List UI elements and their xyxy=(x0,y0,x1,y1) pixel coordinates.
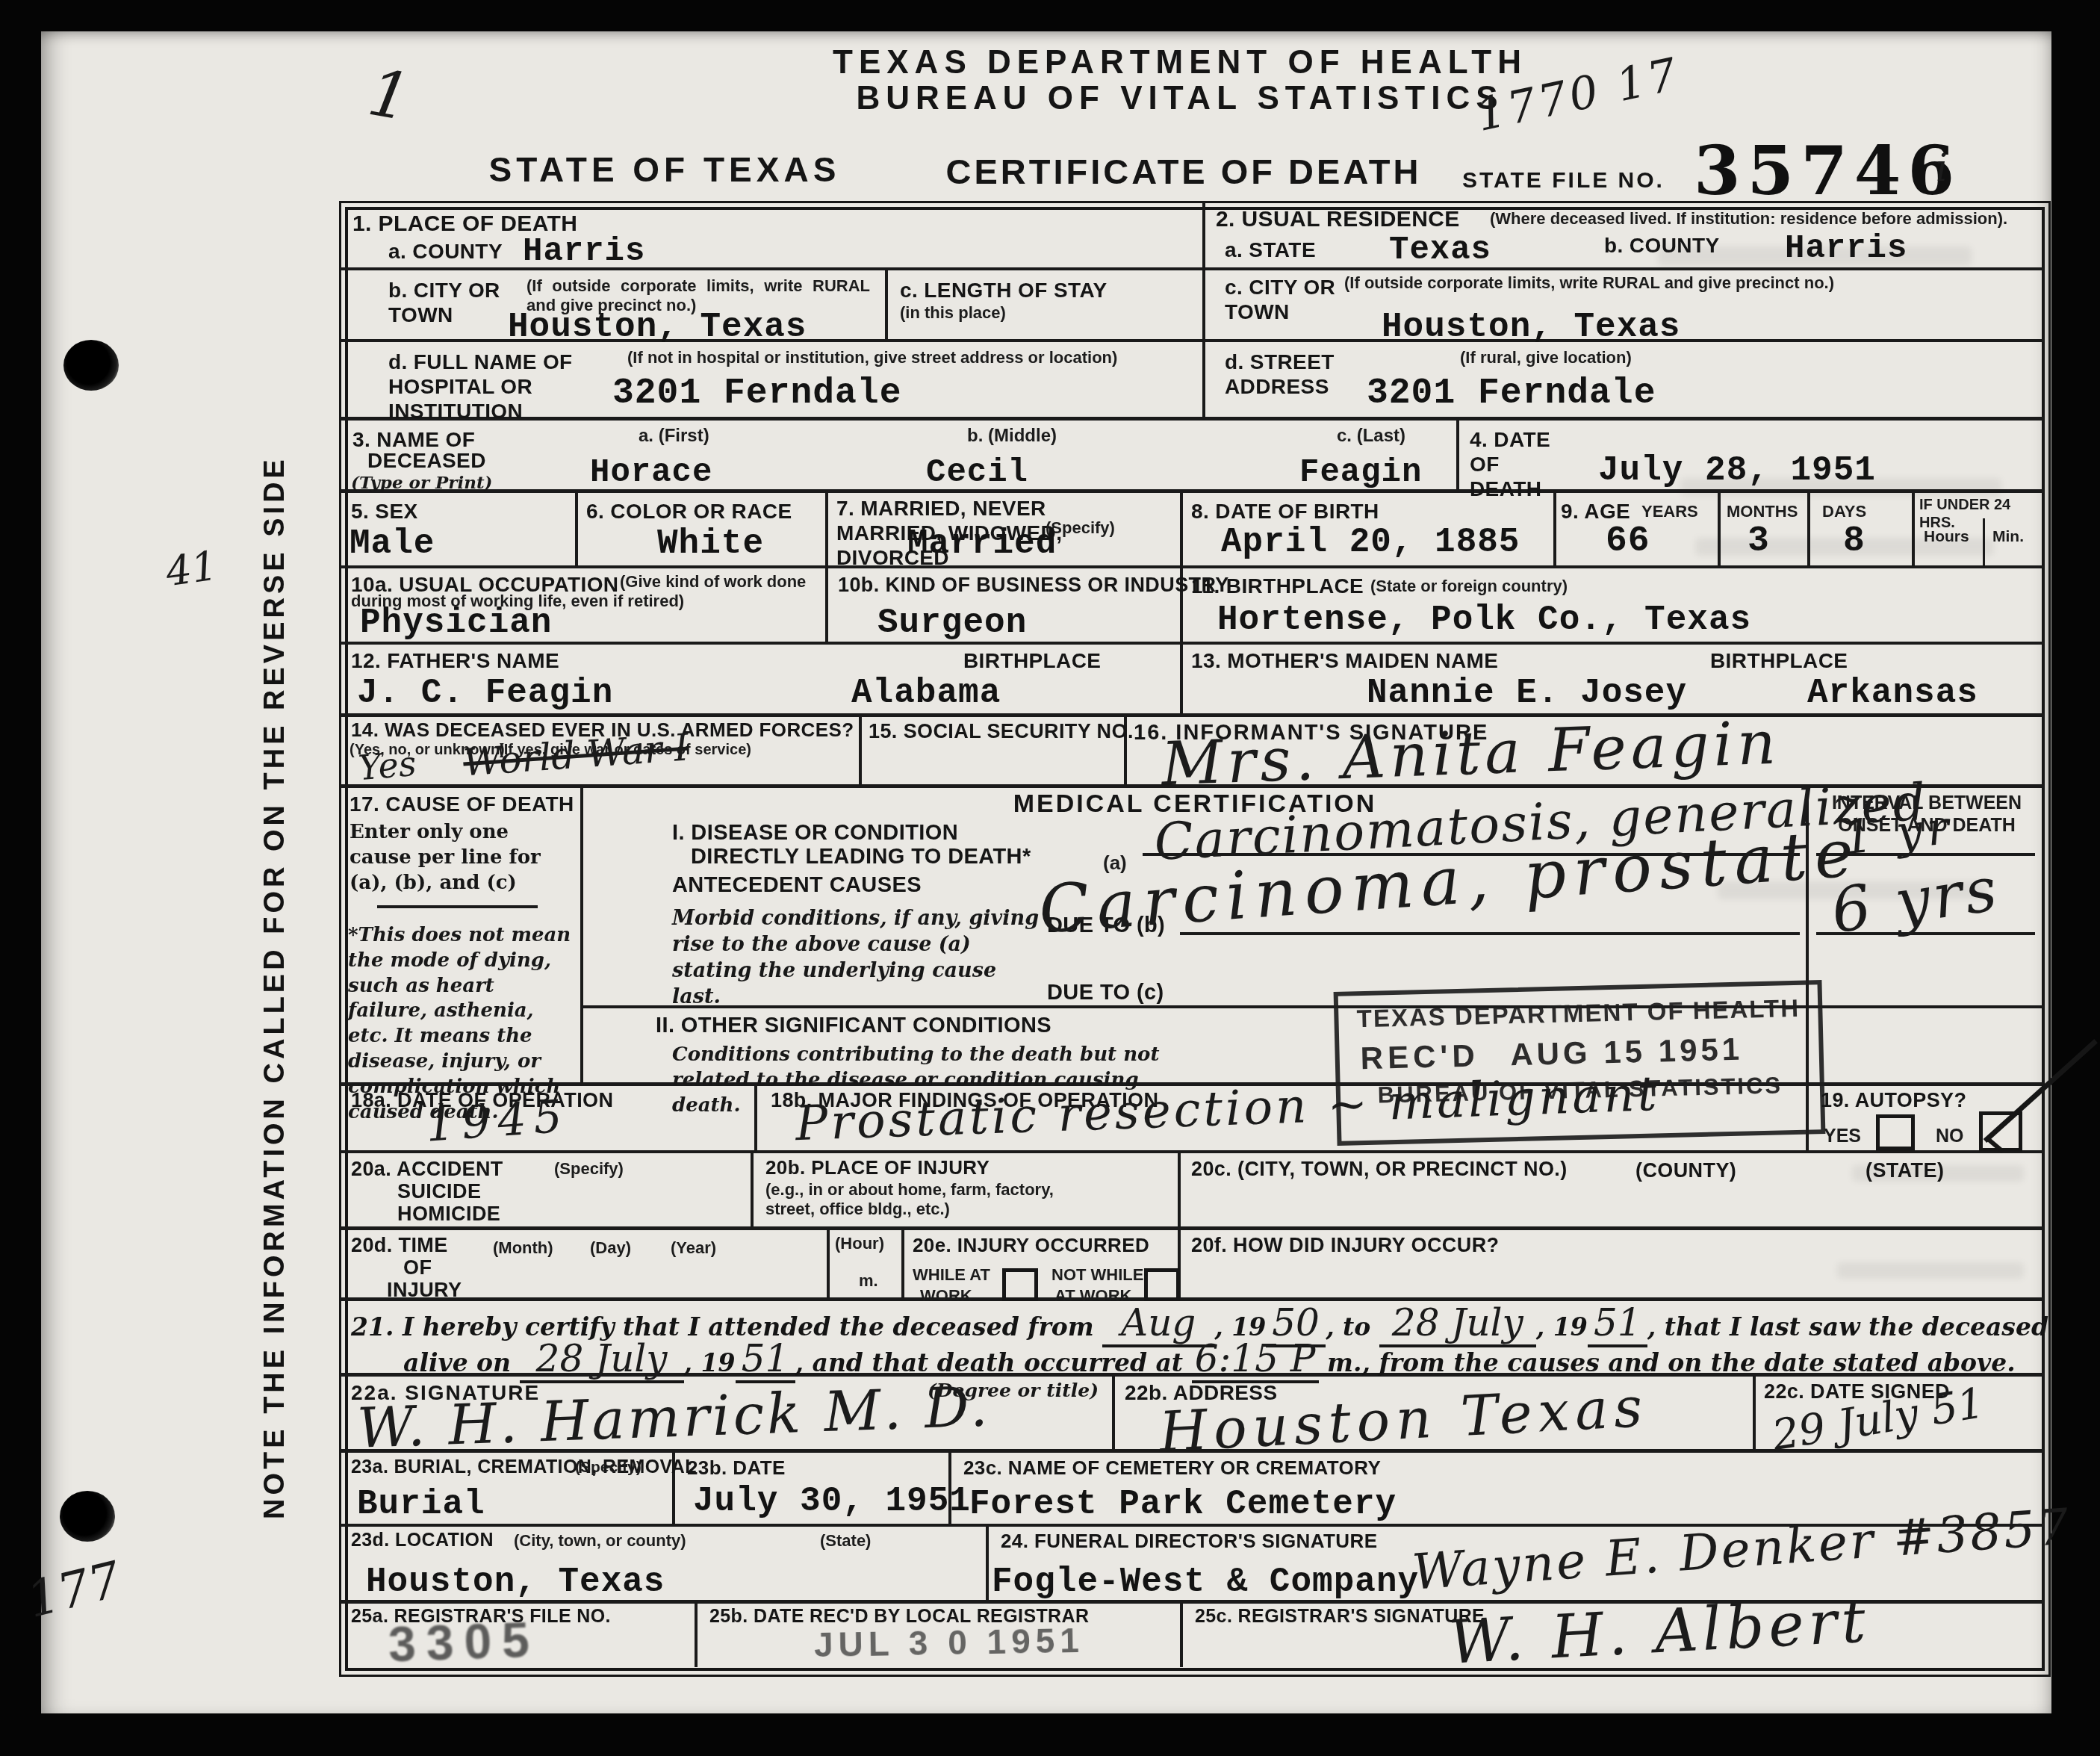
s3a-first-name: Horace xyxy=(590,454,712,491)
s23b-date-value: July 30, 1951 xyxy=(693,1482,971,1521)
s20b-note: (e.g., in or about home, farm, factory, … xyxy=(765,1180,1094,1220)
s20d-hour-label: (Hour) xyxy=(835,1234,884,1253)
s9-hours-label: Hours xyxy=(1924,527,1969,546)
s20a-line2: SUICIDE xyxy=(397,1180,481,1204)
rule xyxy=(901,1228,904,1298)
s1a-county-value: Harris xyxy=(523,233,645,270)
s20d-m-label: m. xyxy=(859,1271,878,1291)
certify-statement-line2: alive on 28 July , 19 51 , and that deat… xyxy=(403,1337,2016,1383)
stamp-recd: REC'D xyxy=(1360,1037,1479,1076)
certify-text: m., from the causes and on the date stat… xyxy=(1319,1348,2016,1377)
s20c-county-label: (COUNTY) xyxy=(1635,1159,1736,1183)
s11-birthplace-value: Hortense, Polk Co., Texas xyxy=(1217,601,1751,639)
s12-father-birthplace-value: Alabama xyxy=(851,674,1001,713)
s1d-institution-value: 3201 Ferndale xyxy=(612,373,901,414)
rule xyxy=(340,713,2044,717)
s17-p1b-label: DIRECTLY LEADING TO DEATH* xyxy=(691,844,1031,869)
s20b-label: 20b. PLACE OF INJURY xyxy=(765,1156,990,1179)
s9-under24-label: IF UNDER 24 HRS. xyxy=(1919,496,2040,532)
handwritten-mark: i xyxy=(1936,146,1948,190)
s5-label: 5. SEX xyxy=(351,499,418,524)
date-received-stamp-value: JUL 3 0 1951 xyxy=(814,1620,1085,1665)
s1d-note: (If not in hospital or institution, give… xyxy=(627,348,1195,367)
s20d-line2: OF xyxy=(403,1256,432,1280)
header-dept-line2: BUREAU OF VITAL STATISTICS xyxy=(821,79,1538,118)
s6-label: 6. COLOR OR RACE xyxy=(586,499,792,524)
s11-label: 11. BIRTHPLACE xyxy=(1191,574,1364,598)
rule xyxy=(1718,491,1721,567)
stamp-line1: TEXAS DEPARTMENT OF HEALTH xyxy=(1338,993,1818,1034)
autopsy-no-checkbox xyxy=(1979,1111,2022,1152)
s23c-label: 23c. NAME OF CEMETERY OR CREMATORY xyxy=(963,1456,1381,1480)
cause-b-underline xyxy=(1180,932,1800,935)
s17-p1a-label: I. DISEASE OR CONDITION xyxy=(672,820,958,846)
s9-age-years-value: 66 xyxy=(1606,521,1650,562)
s13-mother-birthplace-value: Arkansas xyxy=(1807,674,1978,713)
s1c-label: c. LENGTH OF STAY xyxy=(900,278,1139,303)
s2c-note: (If outside corporate limits, write RURA… xyxy=(1344,273,1986,293)
rule xyxy=(885,269,888,341)
header-certificate-title: CERTIFICATE OF DEATH xyxy=(889,151,1479,192)
header-dept-line1: TEXAS DEPARTMENT OF HEALTH xyxy=(821,43,1538,82)
s10a-occupation-value: Physician xyxy=(360,604,552,642)
s10b-industry-value: Surgeon xyxy=(877,604,1027,642)
s25c-label: 25c. REGISTRAR'S SIGNATURE xyxy=(1195,1606,1485,1628)
s8-birth-date-value: April 20, 1885 xyxy=(1221,523,1520,562)
s4-label: 4. DATE OF DEATH xyxy=(1470,427,1567,501)
rule xyxy=(695,1601,698,1667)
s24-label: 24. FUNERAL DIRECTOR'S SIGNATURE xyxy=(1001,1530,1377,1553)
margin-note-vertical: NOTE THE INFORMATION CALLED FOR ON THE R… xyxy=(259,434,298,1541)
s20e-while-label1: WHILE AT xyxy=(913,1265,990,1285)
rule xyxy=(340,1150,2044,1153)
s20d-line1: 20d. TIME xyxy=(351,1234,448,1258)
s1c-note: (in this place) xyxy=(900,303,1006,323)
punch-hole xyxy=(60,1491,115,1542)
rule xyxy=(340,1226,2044,1230)
s23d-state-note: (State) xyxy=(820,1531,871,1551)
s17-antecedent-label: ANTECEDENT CAUSES xyxy=(672,872,922,898)
s9-min-label: Min. xyxy=(1992,527,2024,546)
s3-note: (Type or Print) xyxy=(351,472,492,494)
rule xyxy=(825,567,828,643)
s18a-operation-date-value: 1945 xyxy=(424,1090,571,1152)
s9-age-months-value: 3 xyxy=(1748,521,1770,562)
state-file-number: 35746 xyxy=(1694,131,1961,211)
s7-marital-value: Married xyxy=(907,524,1057,563)
s2c-city-value: Houston, Texas xyxy=(1382,308,1680,347)
s2-title: 2. USUAL RESIDENCE xyxy=(1216,206,1460,232)
s2d-note: (If rural, give location) xyxy=(1460,348,1632,367)
rule xyxy=(1553,491,1556,567)
stamp-date: AUG 15 1951 xyxy=(1510,1031,1744,1073)
interval-a-value: 1 yr xyxy=(1841,799,1957,865)
rule xyxy=(751,1152,754,1227)
rule xyxy=(1456,418,1459,491)
s17-antecedent-note: Morbid conditions, if any, giving rise t… xyxy=(672,905,1046,1010)
autopsy-yes-checkbox xyxy=(1876,1114,1915,1150)
s17-instruction: Enter only one cause per line for (a), (… xyxy=(350,820,574,896)
certify-text: , 19 xyxy=(684,1348,736,1377)
rule xyxy=(575,491,578,567)
s20a-note: (Specify) xyxy=(554,1159,624,1179)
s10b-label: 10b. KIND OF BUSINESS OR INDUSTRY xyxy=(838,574,1229,598)
s23b-label: 23b. DATE xyxy=(687,1456,786,1480)
s20d-line3: INJURY xyxy=(387,1279,462,1303)
death-time-value: 6:15 P xyxy=(1192,1337,1319,1383)
s9-days-label: DAYS xyxy=(1822,502,1866,521)
s9-age-days-value: 8 xyxy=(1843,521,1866,562)
rule xyxy=(1807,491,1810,567)
s5-sex-value: Male xyxy=(350,524,435,563)
s2d-street-value: 3201 Ferndale xyxy=(1367,373,1656,414)
s19-no-label: NO xyxy=(1936,1125,1964,1147)
injury-while-at-work-checkbox xyxy=(1002,1268,1038,1301)
s1b-label: b. CITY OR TOWN xyxy=(388,278,500,327)
s17-due-c-label: DUE TO (c) xyxy=(1047,980,1164,1005)
s1d-label: d. FULL NAME OF HOSPITAL OR INSTITUTION xyxy=(388,350,620,424)
s12-bp-label: BIRTHPLACE xyxy=(963,648,1101,673)
certify-text: alive on xyxy=(403,1348,520,1377)
s12-label: 12. FATHER'S NAME xyxy=(351,648,559,673)
s23a-note: (Specify) xyxy=(575,1458,642,1477)
s13-bp-label: BIRTHPLACE xyxy=(1710,648,1848,673)
s24-funeral-company-value: Fogle-West & Company xyxy=(992,1563,1419,1601)
injury-not-while-at-work-checkbox xyxy=(1144,1268,1180,1301)
rule xyxy=(859,715,862,786)
s23c-cemetery-value: Forest Park Cemetery xyxy=(969,1485,1397,1524)
rule xyxy=(580,786,583,1084)
s2c-label: c. CITY OR TOWN xyxy=(1225,275,1337,324)
header-state-of-texas: STATE OF TEXAS xyxy=(470,149,859,190)
s13-label: 13. MOTHER'S MAIDEN NAME xyxy=(1191,648,1498,673)
s9-months-label: MONTHS xyxy=(1727,502,1798,521)
rule xyxy=(1912,491,1915,567)
s19-label: 19. AUTOPSY? xyxy=(1821,1089,1966,1113)
punch-hole xyxy=(63,340,119,391)
s2b-county-value: Harris xyxy=(1785,230,1907,267)
s3a-label: a. (First) xyxy=(639,426,709,447)
s23a-burial-value: Burial xyxy=(357,1485,485,1524)
rule xyxy=(827,1228,830,1298)
last-seen-alive-value: 28 July xyxy=(520,1337,684,1383)
s23a-label: 23a. BURIAL, CREMATION, REMOVAL xyxy=(351,1456,697,1479)
s2d-label: d. STREET ADDRESS xyxy=(1225,350,1374,399)
margin-scribble-41: 41 xyxy=(163,542,220,596)
s3-title2: DECEASED xyxy=(367,448,486,473)
s4-date-of-death-value: July 28, 1951 xyxy=(1598,451,1876,490)
s20d-month-label: (Month) xyxy=(493,1238,553,1258)
s2-title-note: (Where deceased lived. If institution: r… xyxy=(1490,209,2028,229)
s3c-label: c. (Last) xyxy=(1337,426,1405,447)
rule xyxy=(1180,491,1183,567)
rule xyxy=(377,905,538,908)
scanned-death-certificate: NOTE THE INFORMATION CALLED FOR ON THE R… xyxy=(0,0,2100,1756)
s2a-state-value: Texas xyxy=(1389,232,1491,269)
s1b-city-value: Houston, Texas xyxy=(508,308,807,347)
certify-text: , and that death occurred at xyxy=(795,1348,1192,1377)
rule xyxy=(825,491,828,567)
s15-label: 15. SOCIAL SECURITY NO. xyxy=(869,720,1134,744)
s2b-label: b. COUNTY xyxy=(1604,233,1719,258)
state-file-no-label: STATE FILE NO. xyxy=(1462,167,1665,193)
s6-race-value: White xyxy=(657,524,764,563)
s23d-location-value: Houston, Texas xyxy=(366,1563,665,1601)
s3c-last-name: Feagin xyxy=(1299,454,1422,491)
s13-mother-name-value: Nannie E. Josey xyxy=(1367,674,1687,713)
s17-title: 17. CAUSE OF DEATH xyxy=(350,792,574,816)
s20c-label: 20c. (CITY, TOWN, OR PRECINCT NO.) xyxy=(1191,1158,1568,1182)
s3b-label: b. (Middle) xyxy=(967,426,1057,447)
s23d-label: 23d. LOCATION xyxy=(351,1530,494,1552)
s20f-label: 20f. HOW DID INJURY OCCUR? xyxy=(1191,1234,1499,1258)
s11-note: (State or foreign country) xyxy=(1370,577,1568,596)
s9-years-label: YEARS xyxy=(1641,502,1698,521)
registrar-file-no-value: 3305 xyxy=(388,1610,541,1672)
rule xyxy=(1202,202,1205,418)
s20a-line3: HOMICIDE xyxy=(397,1203,500,1226)
rule xyxy=(1180,1601,1183,1667)
s20e-label: 20e. INJURY OCCURRED xyxy=(913,1234,1149,1257)
s20e-notwhile-label1: NOT WHILE xyxy=(1051,1265,1143,1285)
s2a-label: a. STATE xyxy=(1225,238,1316,262)
s3b-middle-name: Cecil xyxy=(926,454,1028,491)
s23d-note: (City, town, or county) xyxy=(514,1531,686,1551)
s14-armed-forces-value: Yes xyxy=(357,743,418,789)
s9-label: 9. AGE xyxy=(1561,499,1630,524)
s20c-state-label: (STATE) xyxy=(1866,1159,1944,1183)
rule xyxy=(340,642,2044,645)
s20d-day-label: (Day) xyxy=(590,1238,631,1258)
rule xyxy=(1178,1152,1181,1227)
rule xyxy=(1112,1374,1115,1450)
s19-yes-label: YES xyxy=(1824,1125,1861,1147)
rule xyxy=(986,1525,989,1601)
rule xyxy=(1753,1374,1756,1450)
s8-label: 8. DATE OF BIRTH xyxy=(1191,499,1379,524)
s17-p2-label: II. OTHER SIGNIFICANT CONDITIONS xyxy=(656,1013,1051,1038)
rule xyxy=(1180,643,1183,715)
s1a-label: a. COUNTY xyxy=(388,239,503,264)
rule xyxy=(340,565,2044,568)
s20a-line1: 20a. ACCIDENT xyxy=(351,1158,503,1182)
s12-father-name-value: J. C. Feagin xyxy=(357,674,613,713)
last-seen-alive-year-value: 51 xyxy=(736,1337,795,1383)
s20d-year-label: (Year) xyxy=(671,1238,716,1258)
